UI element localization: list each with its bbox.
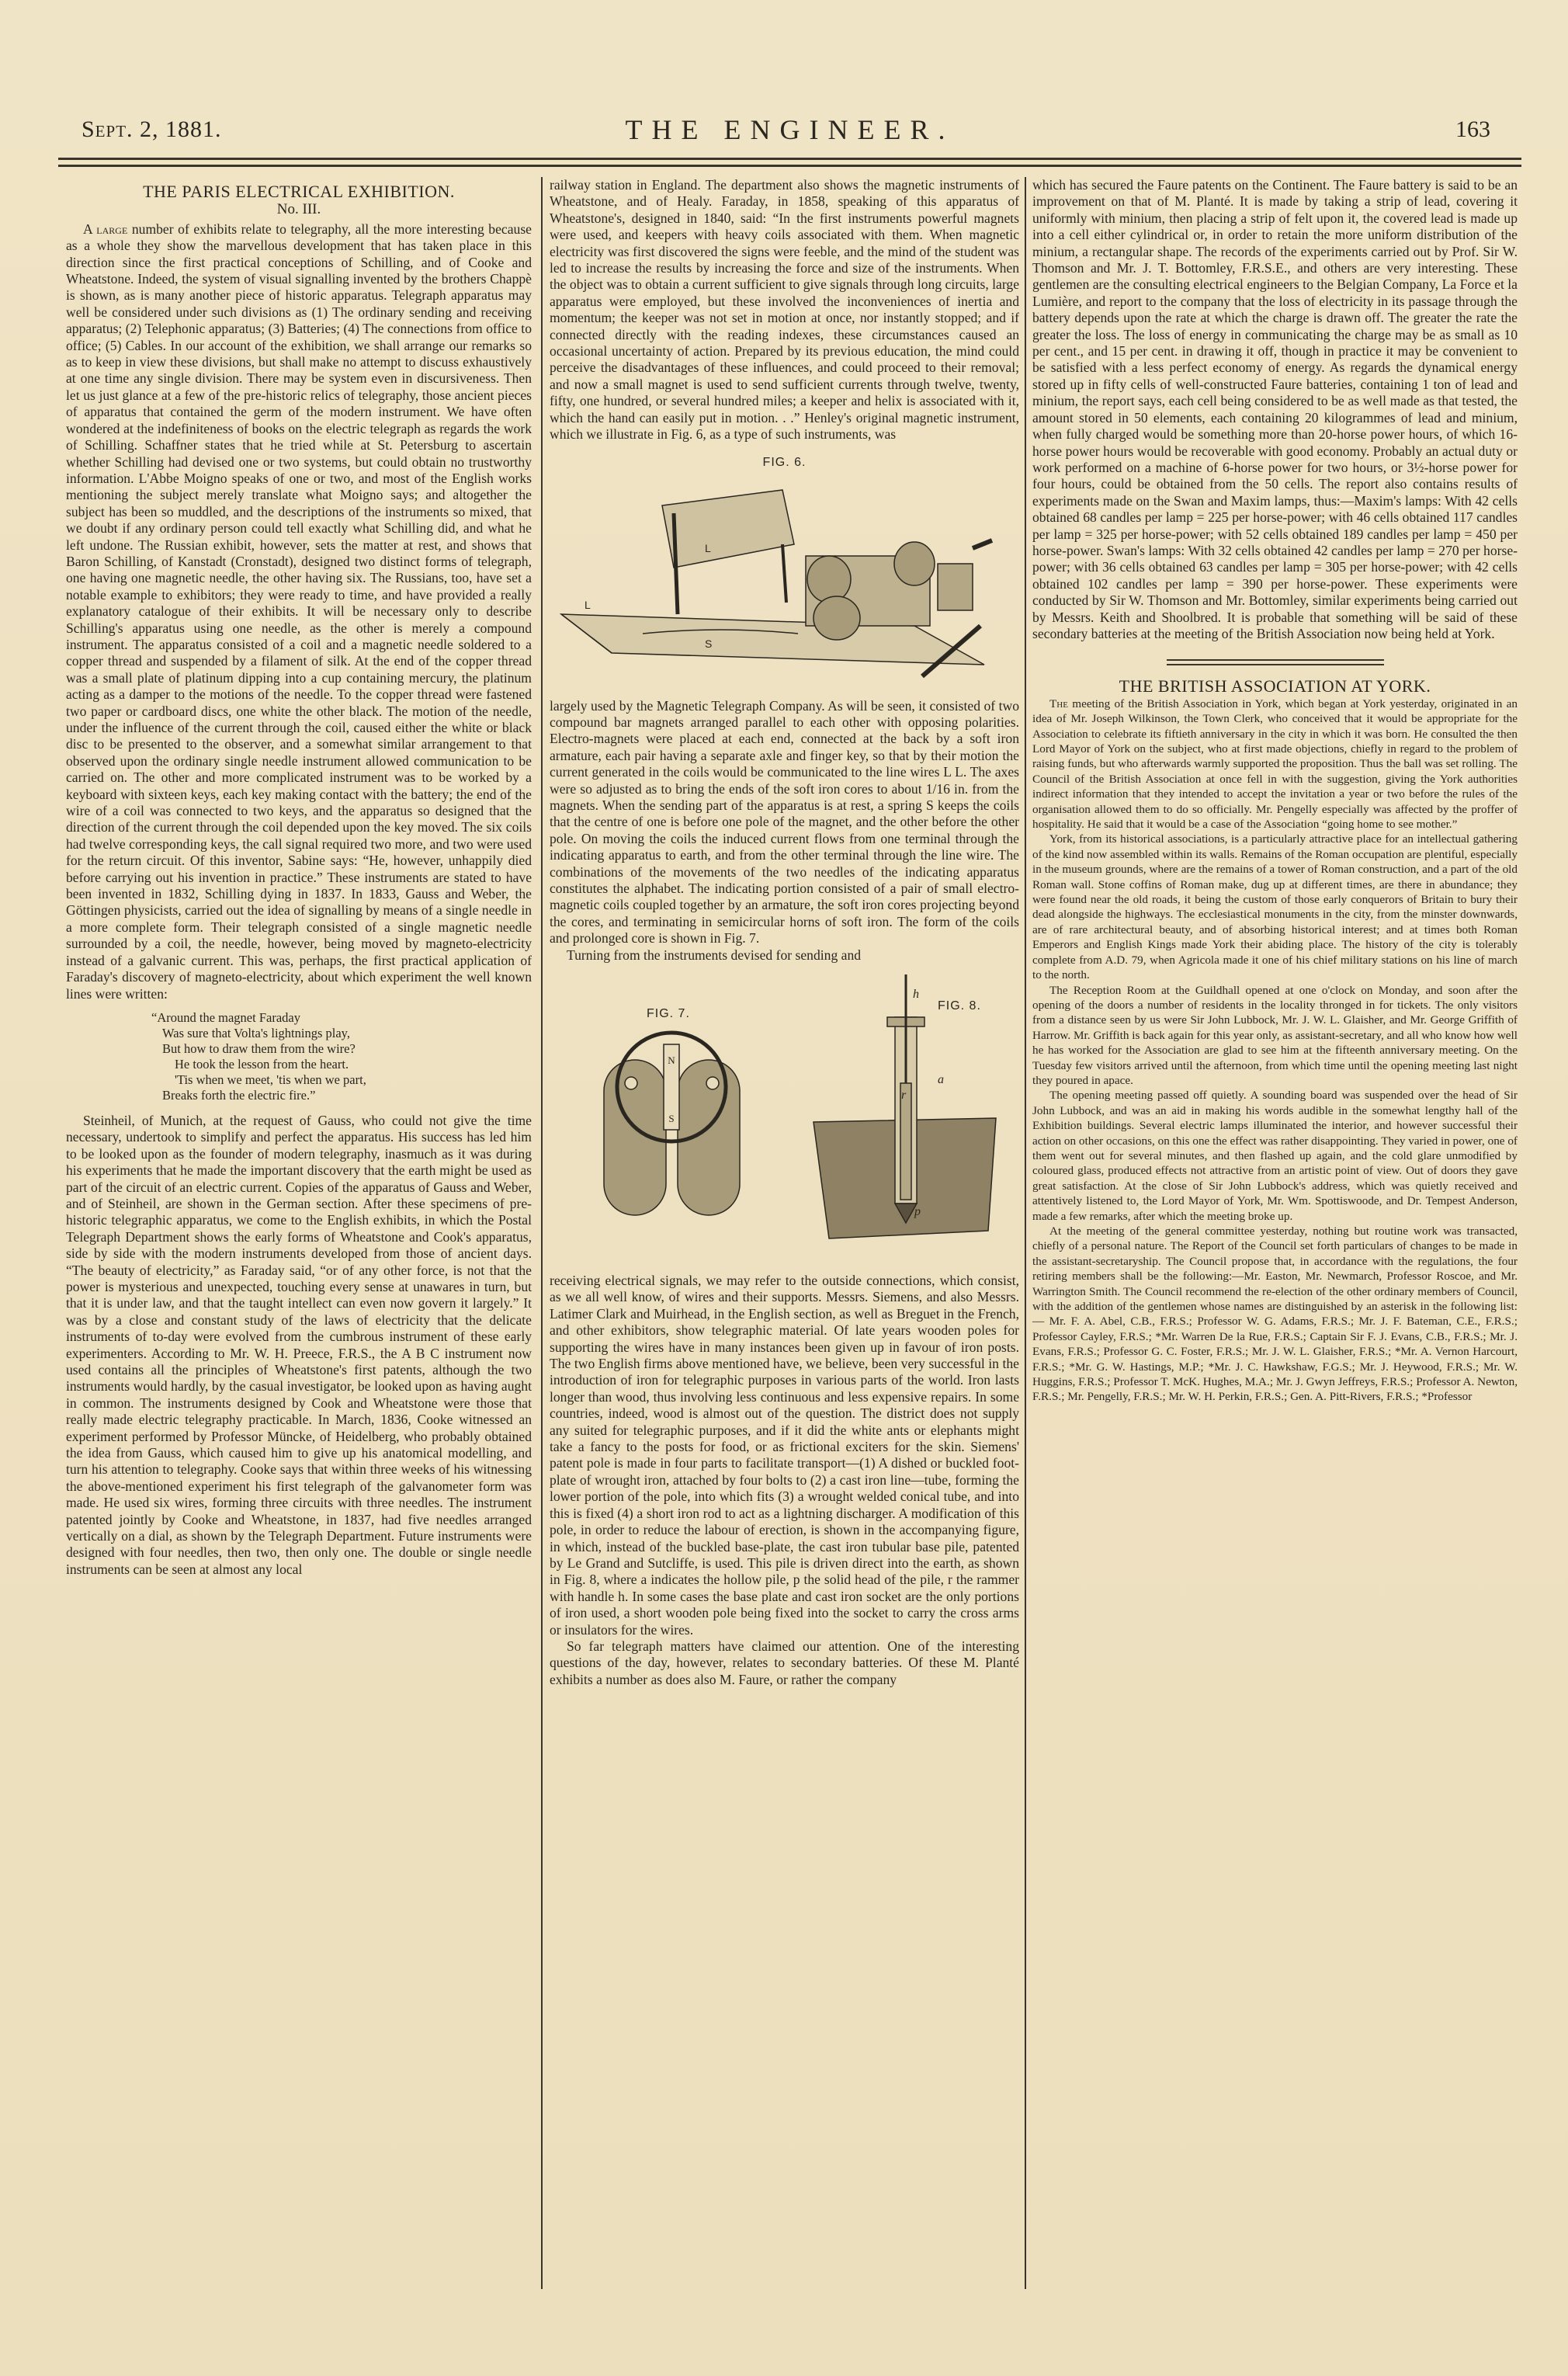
article-part-number: No. III. [66, 201, 532, 217]
poem-line: Was sure that Volta's lightnings play, [151, 1026, 532, 1041]
article-headline-paris: THE PARIS ELECTRICAL EXHIBITION. [66, 183, 532, 200]
svg-text:S: S [668, 1113, 674, 1124]
column-3: which has secured the Faure patents on t… [1032, 177, 1518, 1405]
poem-block: “Around the magnet Faraday Was sure that… [151, 1010, 532, 1103]
masthead: Sept. 2, 1881. THE ENGINEER. 163 [58, 116, 1521, 151]
article-headline-york: THE BRITISH ASSOCIATION AT YORK. [1032, 678, 1518, 694]
figures-7-8: FIG. 7. FIG. 8. N S [550, 974, 1019, 1262]
article-paragraph: At the meeting of the general committee … [1032, 1224, 1518, 1405]
column-2: railway station in England. The departme… [550, 177, 1019, 1688]
svg-text:r: r [901, 1089, 907, 1102]
figure-6: FIG. 6. L [550, 454, 1019, 687]
iron-pole-pile-illustration: h a r p [798, 974, 1008, 1254]
article-paragraph: largely used by the Magnetic Telegraph C… [550, 698, 1019, 947]
article-paragraph: which has secured the Faure patents on t… [1032, 177, 1518, 642]
fig6-label-S: S [705, 637, 712, 650]
masthead-rule-top [58, 158, 1521, 160]
fig6-label-L2: L [705, 542, 711, 554]
poem-line: Breaks forth the electric fire.” [151, 1088, 532, 1103]
magnetic-instrument-illustration: L L S [550, 471, 1019, 680]
article-paragraph: The opening meeting passed off quietly. … [1032, 1088, 1518, 1224]
fig6-label-L1: L [585, 599, 591, 611]
poem-line: He took the lesson from the heart. [151, 1057, 532, 1072]
svg-text:h: h [913, 988, 919, 1001]
article-paragraph: The meeting of the British Association i… [1032, 696, 1518, 832]
figure-6-caption: FIG. 6. [550, 454, 1019, 471]
article-paragraph: A large number of exhibits relate to tel… [66, 221, 532, 1002]
column-1: THE PARIS ELECTRICAL EXHIBITION. No. III… [66, 177, 532, 1578]
article-paragraph: receiving electrical signals, we may ref… [550, 1273, 1019, 1638]
figure-7-caption: FIG. 7. [647, 1006, 690, 1022]
page-number: 163 [1455, 116, 1490, 143]
article-paragraph: Turning from the instruments devised for… [550, 947, 1019, 964]
column-divider-1 [541, 177, 543, 2289]
column-divider-2 [1025, 177, 1026, 2289]
paragraph-text: meeting of the British Association in Yo… [1032, 697, 1518, 831]
article-paragraph: So far telegraph matters have claimed ou… [550, 1638, 1019, 1688]
article-paragraph: Steinheil, of Munich, at the request of … [66, 1113, 532, 1578]
publication-title: THE ENGINEER. [58, 113, 1521, 146]
section-divider [1167, 659, 1384, 665]
poem-line: 'Tis when we meet, 'tis when we part, [151, 1072, 532, 1088]
lead-word: The [1049, 697, 1068, 710]
article-paragraph: York, from its historical associations, … [1032, 832, 1518, 982]
newspaper-page: Sept. 2, 1881. THE ENGINEER. 163 THE PAR… [0, 0, 1568, 2376]
article-paragraph: railway station in England. The departme… [550, 177, 1019, 443]
masthead-rule-bottom [58, 165, 1521, 167]
svg-text:p: p [914, 1205, 921, 1218]
svg-text:a: a [938, 1073, 944, 1086]
coil-illustration: N S [596, 1029, 751, 1231]
svg-text:N: N [668, 1054, 675, 1066]
paragraph-text: number of exhibits relate to telegraphy,… [66, 221, 532, 1002]
article-paragraph: The Reception Room at the Guildhall open… [1032, 983, 1518, 1089]
poem-line: But how to draw them from the wire? [151, 1041, 532, 1057]
lead-word: A large [83, 221, 127, 237]
poem-line: “Around the magnet Faraday [151, 1010, 532, 1026]
